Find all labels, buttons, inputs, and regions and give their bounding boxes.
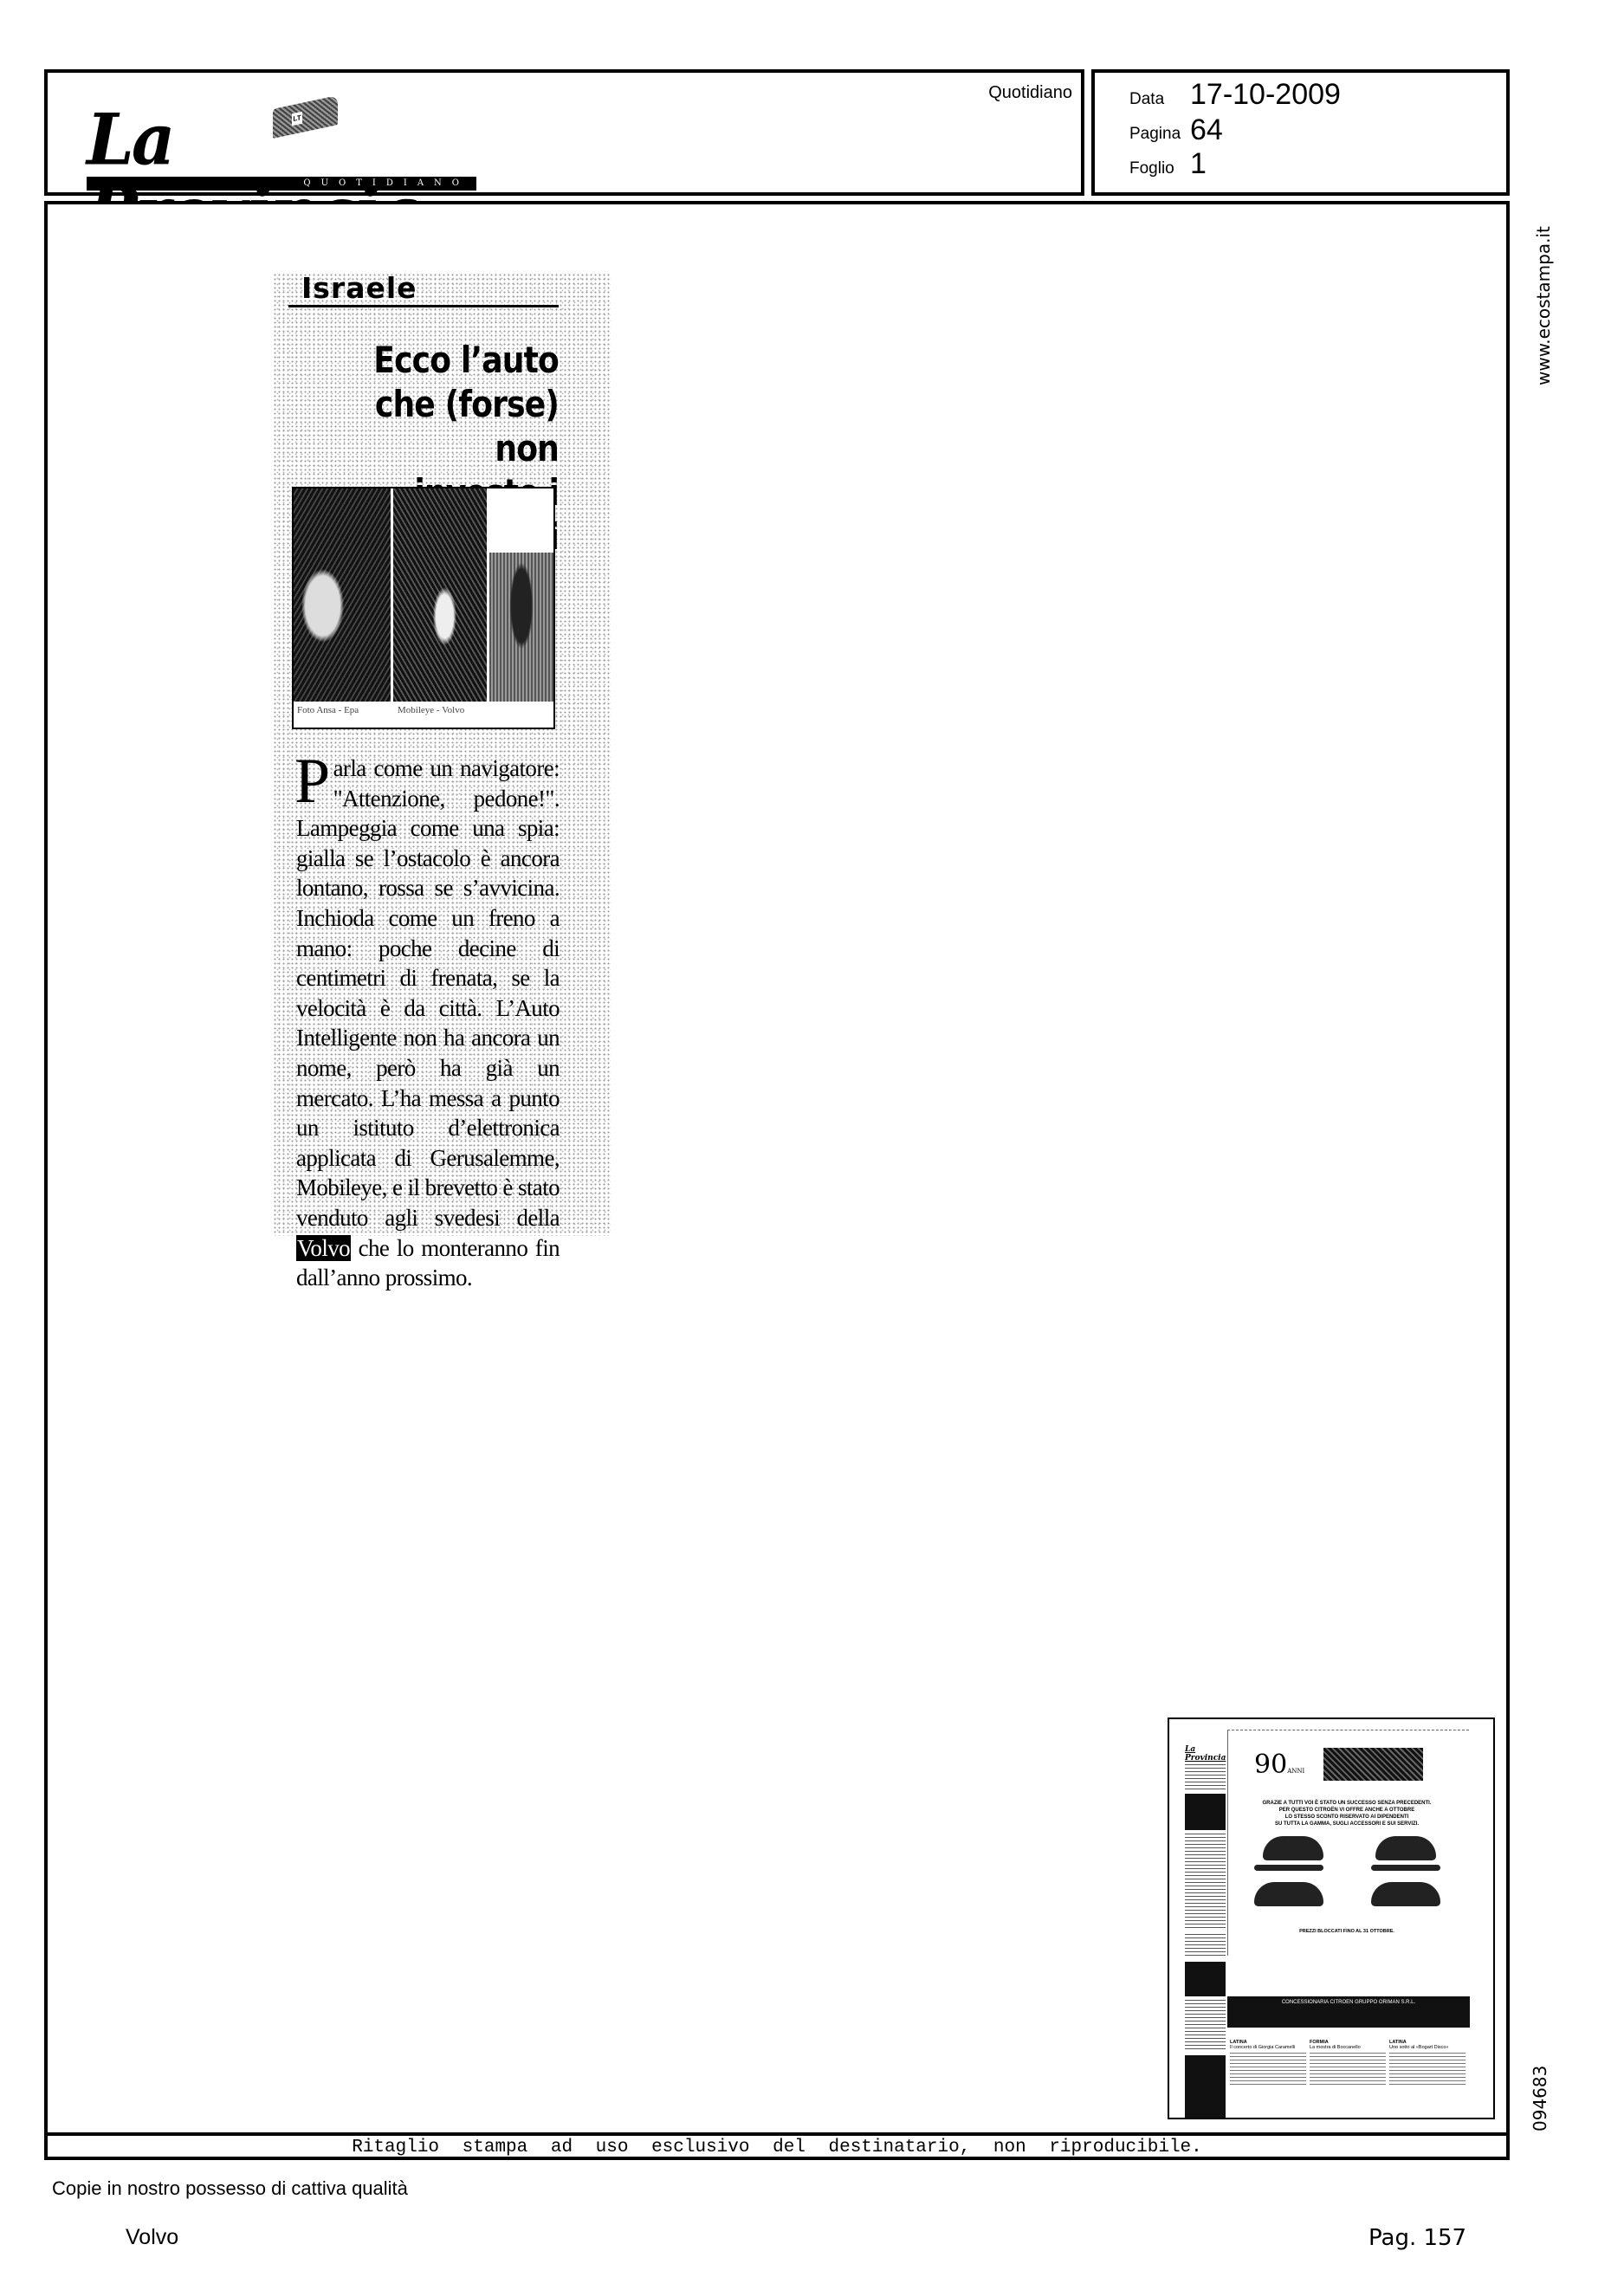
highlighted-keyword: Volvo: [296, 1235, 351, 1261]
page-number: Pag. 157: [1368, 2225, 1466, 2251]
meta-sheet-value: 1: [1190, 149, 1207, 178]
thumbnail-news-item: LATINAUno sotto al «Bogart Disco»: [1389, 2040, 1465, 2087]
meta-page-value: 64: [1190, 115, 1223, 145]
photo-panel: [294, 488, 391, 702]
kicker-rule: [288, 305, 559, 307]
ad-logo-number: 90: [1254, 1750, 1287, 1780]
thumbnail-clipping-highlight: [1185, 2055, 1226, 2119]
meta-sheet-label: Foglio: [1129, 159, 1174, 178]
meta-page-label: Pagina: [1129, 125, 1181, 144]
copyright-notice: Ritaglio stampa ad uso esclusivo del des…: [48, 2136, 1506, 2160]
brand-label: Volvo: [126, 2225, 178, 2250]
newspaper-logo: LT La Provincia QUOTIDIANO: [87, 107, 481, 185]
text-block: [1185, 1764, 1226, 1790]
title-line: che (forse) non: [320, 382, 559, 470]
header-masthead-box: LT La Provincia QUOTIDIANO Quotidiano: [44, 69, 1084, 196]
text-block: [1185, 1934, 1226, 1958]
ad-image: [1323, 1748, 1423, 1781]
article-photo: Foto Ansa - Epa Mobileye - Volvo: [292, 487, 555, 729]
article-kicker: Israele: [301, 271, 417, 305]
photo-panel: [393, 488, 487, 702]
thumbnail-left-column: La Provincia: [1185, 1745, 1226, 2100]
ad-logo-sub: ANNI: [1287, 1768, 1304, 1775]
photo-panel: [489, 488, 553, 702]
ad-headline-line: GRAZIE A TUTTI VOI È STATO UN SUCCESSO S…: [1239, 1800, 1455, 1807]
document-code-text: 094683: [1530, 2066, 1550, 2131]
photo-caption: Mobileye - Volvo: [398, 705, 464, 715]
car-image: [1254, 1882, 1323, 1906]
news-title: Il concerto di Giorgia Caramelli: [1230, 2045, 1306, 2050]
car-image: [1263, 1836, 1323, 1860]
header-meta-box: Data 17-10-2009 Pagina 64 Foglio 1: [1091, 69, 1510, 196]
news-title: La mostra di Boccanello: [1310, 2045, 1386, 2050]
dealer-name: CONCESSIONARIA CITROEN GRUPPO ORIMAN S.R…: [1282, 2000, 1415, 2005]
title-line: Ecco l’auto: [320, 338, 559, 382]
dealer-banner: CONCESSIONARIA CITROEN GRUPPO ORIMAN S.R…: [1227, 1996, 1470, 2028]
drop-cap: P: [294, 755, 330, 807]
thumbnail-news-item: FORMIALa mostra di Boccanello: [1310, 2040, 1386, 2087]
publication-type: Quotidiano: [988, 83, 1072, 103]
news-title: Uno sotto al «Bogart Disco»: [1389, 2045, 1465, 2050]
thumbnail-newspaper-logo: La Provincia: [1185, 1745, 1226, 1763]
thumbnail-photo: [1185, 1794, 1226, 1830]
text-block: [1185, 2000, 1226, 2052]
ad-footer: PREZZI BLOCCATI FINO AL 31 OTTOBRE.: [1239, 1928, 1455, 1935]
ad-headline-line: LO STESSO SCONTO RISERVATO AI DIPENDENTI: [1239, 1814, 1455, 1821]
article-body: Parla come un navigatore: "Attenzione, p…: [296, 754, 560, 1293]
website-text: www.ecostampa.it: [1533, 226, 1554, 385]
website-label: www.ecostampa.it: [1526, 217, 1561, 390]
ad-headline-line: SU TUTTA LA GAMMA, SUGLI ACCESSORI E SUI…: [1239, 1821, 1455, 1827]
price-tag: [1371, 1865, 1440, 1871]
page-thumbnail: La Provincia 90ANNI GRAZIE A TUTTI VOI È…: [1168, 1717, 1495, 2119]
photo-caption: Foto Ansa - Epa: [297, 705, 359, 715]
text-block: [1185, 1834, 1226, 1929]
meta-date-label: Data: [1129, 90, 1164, 109]
citroen-ad: 90ANNI GRAZIE A TUTTI VOI È STATO UN SUC…: [1227, 1730, 1469, 1956]
car-image: [1375, 1836, 1436, 1860]
thumbnail-photo: [1185, 1962, 1226, 1996]
car-image: [1371, 1882, 1440, 1906]
thumbnail-news-item: LATINAIl concerto di Giorgia Caramelli: [1230, 2040, 1306, 2087]
price-tag: [1254, 1865, 1323, 1871]
quality-note: Copie in nostro possesso di cattiva qual…: [52, 2177, 408, 2200]
body-text: arla come un navigatore: "Attenzione, pe…: [296, 755, 560, 1231]
ad-logo: 90ANNI: [1254, 1750, 1304, 1780]
meta-date-value: 17-10-2009: [1190, 80, 1341, 109]
newspaper-tagline: QUOTIDIANO: [87, 177, 476, 191]
ad-headline-line: PER QUESTO CITROËN VI OFFRE ANCHE A OTTO…: [1239, 1807, 1455, 1814]
article-clipping: Israele Ecco l’auto che (forse) non inve…: [273, 273, 611, 1236]
document-code: 094683: [1524, 2074, 1556, 2135]
ad-headline: GRAZIE A TUTTI VOI È STATO UN SUCCESSO S…: [1239, 1800, 1455, 1827]
